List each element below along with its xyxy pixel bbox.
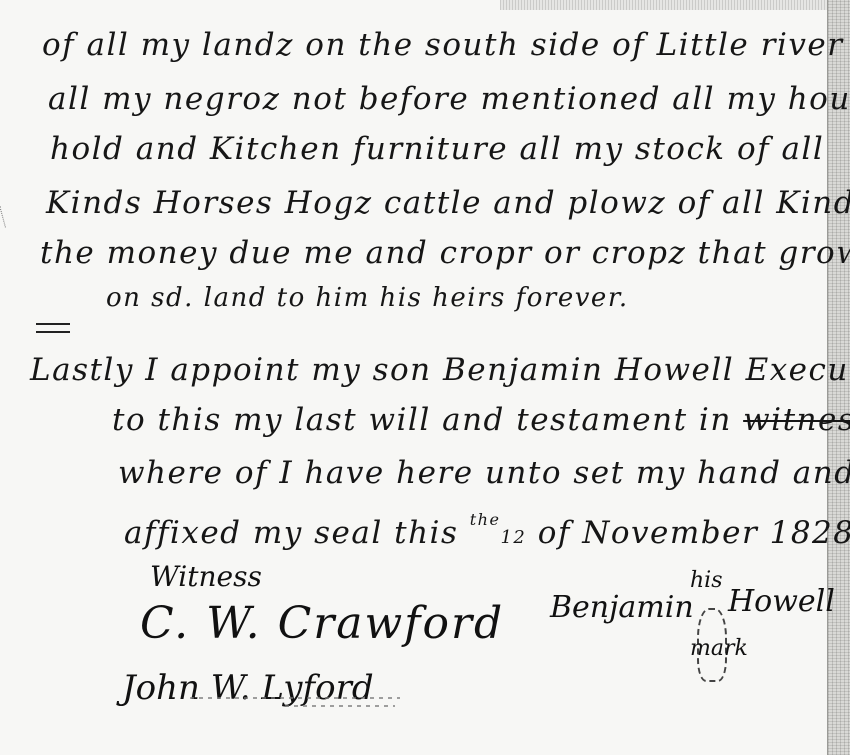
mark-label: mark (690, 636, 748, 661)
body-line-6: on sd. land to him his heirs forever. (106, 285, 629, 311)
date-suffix: of November 1828 (526, 515, 850, 551)
body-line-5: the money due me and cropr or cropz that… (40, 238, 850, 269)
date-day: 12 (500, 527, 526, 548)
closing-line-3: where of I have here unto set my hand an… (118, 458, 850, 489)
body-line-3: hold and Kitchen furniture all my stock … (50, 134, 824, 165)
witness-heading: Witness (150, 560, 262, 593)
scanned-document-page: of all my landz on the south side of Lit… (0, 0, 850, 755)
testator-last-name: Howell (728, 584, 835, 619)
separator-mark (36, 323, 70, 333)
scan-smudge-line-2 (285, 705, 395, 707)
struck-word: witness (743, 402, 850, 438)
testator-first-name: Benjamin (550, 590, 694, 625)
witness-signature-1: C. W. Crawford (140, 598, 504, 649)
closing-line-2: to this my last will and testament in wi… (112, 405, 850, 436)
witness-signature-2: John W. Lyford (122, 668, 374, 708)
closing-line-2-text: to this my last will and testament in (112, 402, 743, 438)
closing-line-4: affixed my seal this the12 of November 1… (124, 512, 850, 549)
body-line-2: all my negroz not before mentioned all m… (48, 84, 850, 115)
date-superscript: the (470, 510, 501, 529)
date-prefix: affixed my seal this (124, 515, 470, 551)
his-label: his (690, 568, 723, 593)
body-line-1: of all my landz on the south side of Lit… (42, 30, 844, 61)
scan-smudge-line (190, 697, 400, 699)
closing-line-1: Lastly I appoint my son Benjamin Howell … (30, 355, 850, 386)
margin-mark (0, 204, 12, 227)
scan-edge-top (500, 0, 830, 10)
body-line-4: Kinds Horses Hogz cattle and plowz of al… (46, 188, 850, 219)
